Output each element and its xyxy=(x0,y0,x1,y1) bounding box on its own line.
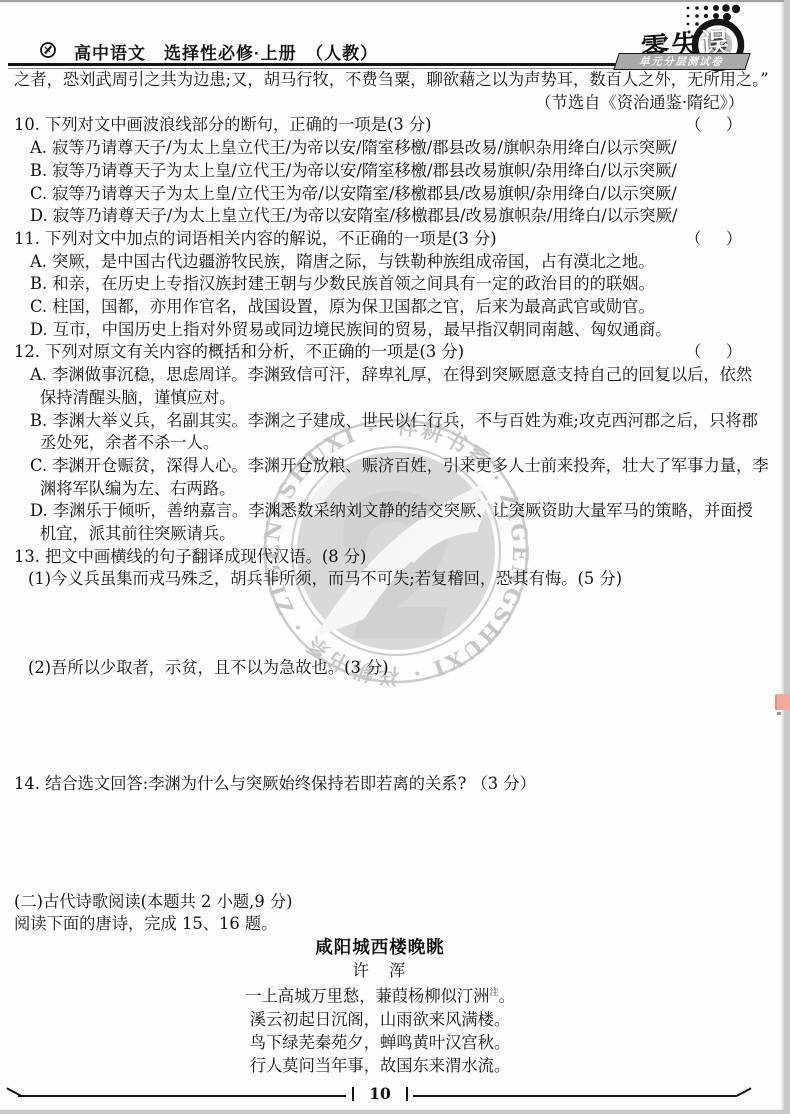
poem-line-1-text: 一上高城万里愁，蒹葭杨柳似汀洲 xyxy=(245,987,489,1006)
poem-author: 许 浑 xyxy=(14,959,746,982)
page-number: 10 xyxy=(352,1084,408,1103)
publisher-logo-icon xyxy=(39,41,57,59)
poem-line-3: 鸟下绿芜秦苑夕，蝉鸣黄叶汉宫秋。 xyxy=(14,1031,746,1054)
scanned-exam-page: { "header": { "title": "高中语文 选择性必修·上册 （人… xyxy=(0,0,790,1114)
q11-option-b: B. 和亲，在历史上专指汉族封建王朝与少数民族首领之间具有一定的政治目的的联姻。 xyxy=(14,273,746,296)
q12-option-b: B. 李渊大举义兵，名副其实。李渊之子建成、世民以仁行兵，不与百姓为难;攻克西河… xyxy=(14,410,746,433)
q10-option-d: D. 寂等乃请尊天子/为太上皇立代王/为帝以安隋室/移檄郡县/改易旗帜杂/用绛白… xyxy=(14,205,746,228)
answer-space-2 xyxy=(14,680,746,773)
series-banner-label: 单元分层测试卷 xyxy=(638,54,727,69)
question-13-stem: 13. 把文中画横线的句子翻译成现代汉语。(8 分) xyxy=(14,546,746,569)
poem-line-1-period: 。 xyxy=(498,987,514,1006)
question-12-text: 12. 下列对原文有关内容的概括和分析，不正确的一项是(3 分) xyxy=(14,342,464,361)
answer-bracket-q11: （ ） xyxy=(685,228,746,251)
question-10-stem: 10. 下列对文中画波浪线部分的断句，正确的一项是(3 分)（ ） xyxy=(14,114,746,137)
q13-part-1: (1)今义兵虽集而戎马殊乏，胡兵非所须，而马不可失;若复稽回，恐其有悔。(5 分… xyxy=(14,568,746,591)
poem-line-4: 行人莫问当年事，故国东来渭水流。 xyxy=(14,1054,746,1077)
q12-option-d-cont: 机宜，派其前往突厥请兵。 xyxy=(14,523,746,546)
question-11-stem: 11. 下列对文中加点的词语相关内容的解说，不正确的一项是(3 分)（ ） xyxy=(14,228,746,251)
q12-option-b-cont: 丞处死，余者不杀一人。 xyxy=(14,432,746,455)
answer-space-3 xyxy=(14,796,746,891)
poem-line-2: 溪云初起日沉阁，山雨欲来风满楼。 xyxy=(14,1008,746,1031)
page-header-title: 高中语文 选择性必修·上册 （人教） xyxy=(74,39,378,64)
question-10-text: 10. 下列对文中画波浪线部分的断句，正确的一项是(3 分) xyxy=(14,115,432,134)
section-2-heading: (二)古代诗歌阅读(本题共 2 小题,9 分) xyxy=(14,891,746,914)
q11-option-c: C. 柱国，国都，亦用作官名，战国设置，原为保卫国都之官，后来为最高武官或勋官。 xyxy=(14,296,746,319)
passage-continuation: 之者，恐刘武周引之共为边患;又，胡马行牧，不费刍粟，聊欲藉之以为声势耳，数百人之… xyxy=(14,69,746,92)
scan-speck xyxy=(777,712,781,715)
q12-option-a-cont: 保持清醒头脑，谨慎应对。 xyxy=(14,387,746,410)
q10-option-a: A. 寂等乃请尊天子/为太上皇立代王/为帝以安/隋室移檄/郡县改易/旗帜杂用绛白… xyxy=(14,137,746,160)
footer-rule-right xyxy=(413,1095,737,1097)
poem-title: 咸阳城西楼晚眺 xyxy=(14,936,746,959)
answer-bracket-q12: （ ） xyxy=(685,341,746,364)
q12-option-c-cont: 渊将军队编为左、右两路。 xyxy=(14,478,746,501)
answer-space-1 xyxy=(14,591,746,657)
question-11-text: 11. 下列对文中加点的词语相关内容的解说，不正确的一项是(3 分) xyxy=(14,229,497,248)
q12-option-c: C. 李渊开仓赈贫，深得人心。李渊开仓放粮、赈济百姓，引来更多人士前来投奔，壮大… xyxy=(14,455,746,478)
q11-option-a: A. 突厥，是中国古代边疆游牧民族，隋唐之际，与铁勒种族组成帝国，占有漠北之地。 xyxy=(14,251,746,274)
footer-rule-tail-right xyxy=(737,1087,752,1096)
footer-rule-tail-left xyxy=(7,1087,22,1096)
question-12-stem: 12. 下列对原文有关内容的概括和分析，不正确的一项是(3 分)（ ） xyxy=(14,341,746,364)
header-rule xyxy=(8,63,617,66)
q10-option-b: B. 寂等乃请尊天子为太上皇/立代王/为帝以安/隋室移檄/郡县改易旗帜/杂用绛白… xyxy=(14,160,746,183)
q12-option-a: A. 李渊做事沉稳，思虑周详。李渊致信可汗，辞卑礼厚，在得到突厥愿意支持自己的回… xyxy=(14,364,746,387)
q12-option-d: D. 李渊乐于倾听，善纳嘉言。李渊悉数采纳刘文静的结交突厥、让突厥资助大量军马的… xyxy=(14,500,746,523)
footer-rule-left xyxy=(18,1095,346,1097)
series-banner: 单元分层测试卷 xyxy=(613,53,751,70)
question-14-stem: 14. 结合选文回答:李渊为什么与突厥始终保持若即若离的关系? （3 分） xyxy=(14,773,746,796)
exam-body: 之者，恐刘武周引之共为边患;又，胡马行牧，不费刍粟，聊欲藉之以为声势耳，数百人之… xyxy=(14,69,746,1078)
passage-source: （节选自《资治通鉴·隋纪》） xyxy=(14,92,746,115)
pink-sticky-tab xyxy=(775,694,790,710)
q11-option-d: D. 互市，中国历史上指对外贸易或同边境民族间的贸易，最早指汉朝同南越、匈奴通商… xyxy=(14,319,746,342)
q13-part-2: (2)吾所以少取者，示贫，且不以为急故也。(3 分) xyxy=(14,657,746,680)
page-sheet: 高中语文 选择性必修·上册 （人教） 零失误 单元分层测试卷 祥 xyxy=(0,0,784,1110)
q10-option-c: C. 寂等乃请尊天子为太上皇/立代王为帝/以安隋室/移檄郡县/改易旗帜/杂用绛白… xyxy=(14,183,746,206)
poem-block: 咸阳城西楼晚眺 许 浑 一上高城万里愁，蒹葭杨柳似汀洲注。 溪云初起日沉阁，山雨… xyxy=(14,936,746,1078)
poem-line-1: 一上高城万里愁，蒹葭杨柳似汀洲注。 xyxy=(14,982,746,1008)
section-2-intro: 阅读下面的唐诗，完成 15、16 题。 xyxy=(14,913,746,936)
answer-bracket-q10: （ ） xyxy=(685,114,746,137)
